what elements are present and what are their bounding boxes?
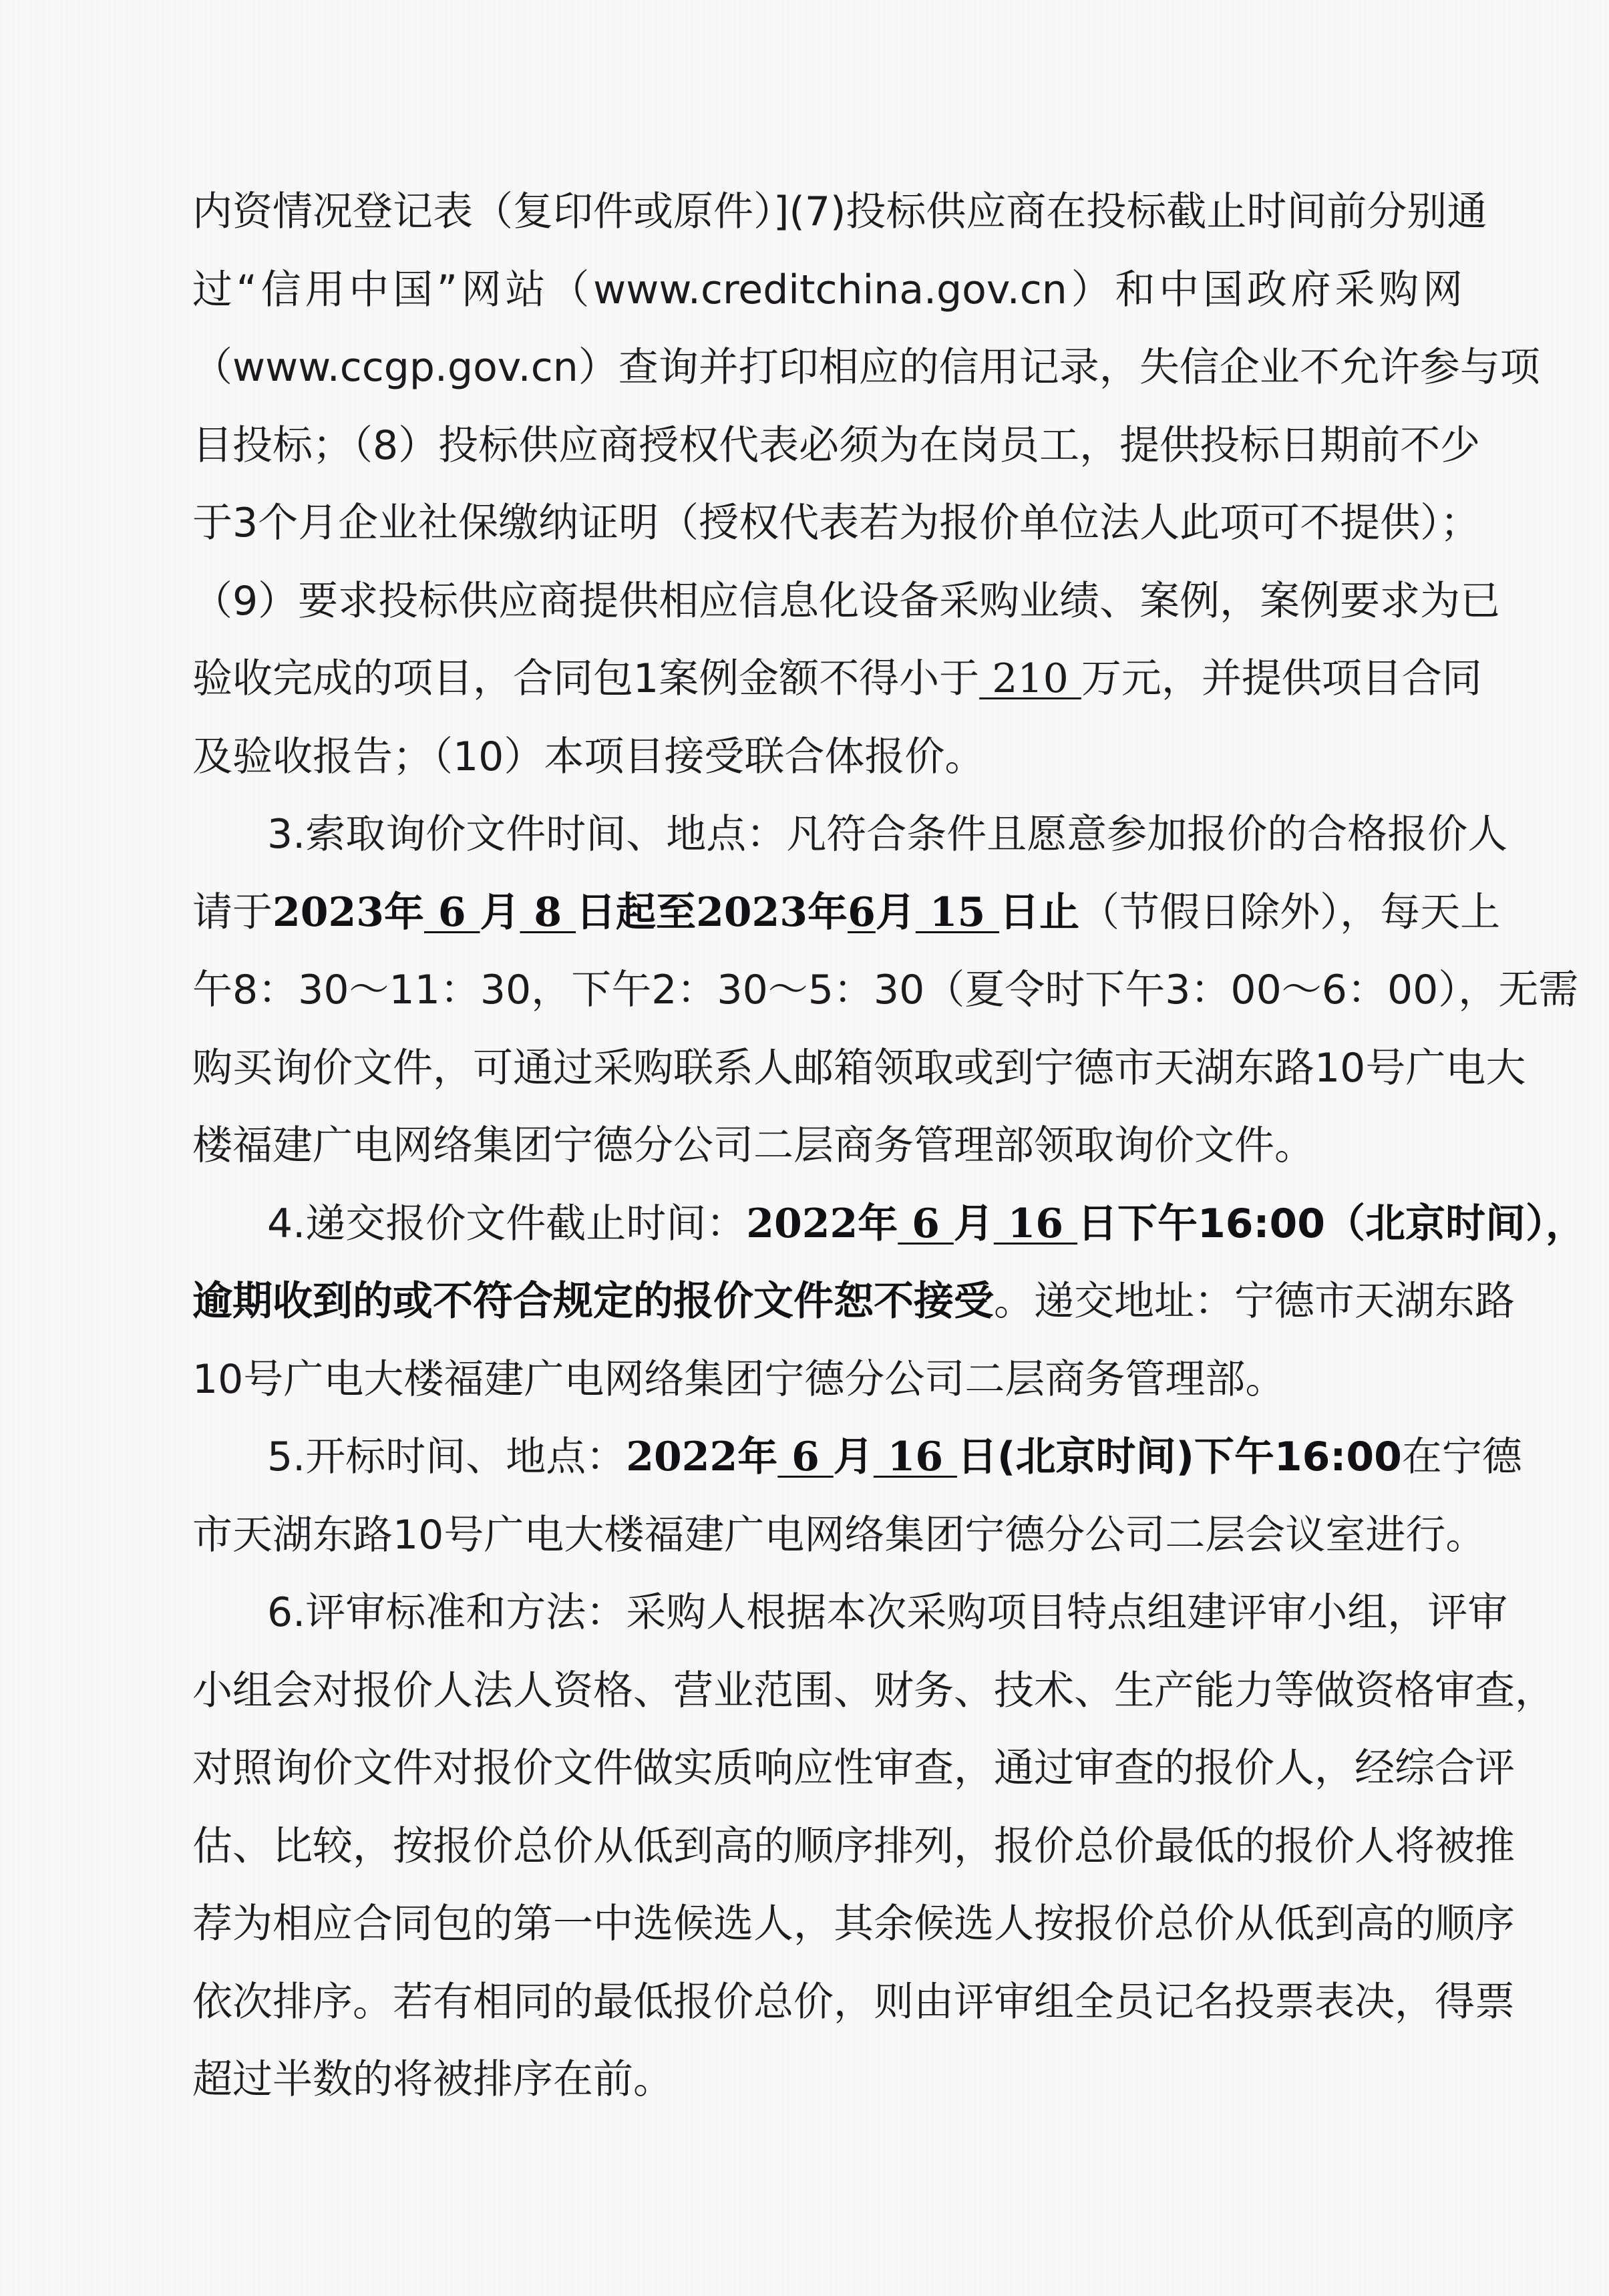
start-year: 2023年	[273, 889, 424, 936]
text: 日(北京时间)下午16:00	[957, 1434, 1402, 1480]
text-line: 小组会对报价人法人资格、营业范围、财务、技术、生产能力等做资格审查，	[192, 1664, 1463, 1717]
deadline-day: 16	[994, 1200, 1077, 1247]
text-line: 过“信用中国”网站（www.creditchina.gov.cn）和中国政府采购…	[192, 263, 1463, 317]
text-line: 市天湖东路10号广电大楼福建广电网络集团宁德分公司二层会议室进行。	[192, 1508, 1463, 1562]
text-line: 目投标；（8）投标供应商授权代表必须为在岗员工，提供投标日期前不少	[192, 419, 1463, 472]
text: 万元，并提供项目合同	[1081, 655, 1482, 702]
text: 验收完成的项目，合同包1案例金额不得小于	[192, 655, 979, 702]
section-6-heading-line: 6.评审标准和方法：采购人根据本次采购项目特点组建评审小组，评审	[267, 1586, 1463, 1639]
text: （节假日除外），每天上	[1079, 889, 1500, 936]
opening-day: 16	[874, 1434, 957, 1480]
text-line: 午8：30～11：30，下午2：30～5：30（夏令时下午3：00～6：00），…	[192, 963, 1463, 1017]
start-month: 6	[424, 889, 480, 936]
text-line: 楼福建广电网络集团宁德分公司二层商务管理部领取询价文件。	[192, 1119, 1463, 1172]
section-5-opening-line: 5.开标时间、地点：2022年 6 月 16 日(北京时间)下午16:00在宁德	[267, 1430, 1463, 1484]
document-page: 内资情况登记表（复印件或原件）](7)投标供应商在投标截止时间前分别通 过“信用…	[0, 0, 1609, 2296]
text-line: 购买询价文件，可通过采购联系人邮箱领取或到宁德市天湖东路10号广电大	[192, 1041, 1463, 1095]
text: 。递交地址：宁德市天湖东路	[994, 1278, 1515, 1325]
late-submission-notice: 逾期收到的或不符合规定的报价文件恕不接受	[192, 1278, 994, 1325]
text: 月	[480, 889, 520, 936]
text: 日下午16:00（北京时间），	[1077, 1200, 1586, 1247]
text: 日起至	[576, 889, 696, 936]
text-line: 及验收报告；（10）本项目接受联合体报价。	[192, 730, 1463, 784]
text-line: 对照询价文件对报价文件做实质响应性审查，通过审查的报价人，经综合评	[192, 1742, 1463, 1795]
deadline-year: 2022年	[746, 1200, 898, 1247]
end-day: 15	[916, 889, 999, 936]
start-day: 8	[520, 889, 576, 936]
text: 日止	[999, 889, 1079, 936]
end-month: 6	[848, 889, 876, 936]
text-line: 超过半数的将被排序在前。	[192, 2053, 1463, 2106]
opening-year: 2022年	[626, 1434, 777, 1480]
text: 月	[954, 1200, 994, 1247]
text-line: 10号广电大楼福建广电网络集团宁德分公司二层商务管理部。	[192, 1353, 1463, 1406]
section-3-date-line: 请于2023年 6 月 8 日起至2023年6月 15 日止（节假日除外），每天…	[192, 886, 1463, 939]
deadline-month: 6	[898, 1200, 954, 1247]
section-3-heading-line: 3.索取询价文件时间、地点：凡符合条件且愿意参加报价的合格报价人	[267, 808, 1463, 861]
text-line: 内资情况登记表（复印件或原件）](7)投标供应商在投标截止时间前分别通	[192, 185, 1463, 238]
text-line: 依次排序。若有相同的最低报价总价，则由评审组全员记名投票表决，得票	[192, 1975, 1463, 2029]
text-line: 估、比较，按报价总价从低到高的顺序排列，报价总价最低的报价人将被推	[192, 1820, 1463, 1873]
opening-month: 6	[777, 1434, 834, 1480]
text: 月	[834, 1434, 874, 1480]
text-line: 逾期收到的或不符合规定的报价文件恕不接受。递交地址：宁德市天湖东路	[192, 1275, 1463, 1328]
text-line: 荐为相应合同包的第一中选候选人，其余候选人按报价总价从低到高的顺序	[192, 1897, 1463, 1951]
text-line-case-amount: 验收完成的项目，合同包1案例金额不得小于 210 万元，并提供项目合同	[192, 652, 1463, 705]
text: 请于	[192, 889, 273, 936]
end-year: 2023年	[696, 889, 848, 936]
text: 在宁德	[1402, 1434, 1522, 1480]
text-line: （9）要求投标供应商提供相应信息化设备采购业绩、案例，案例要求为已	[192, 575, 1463, 628]
text: 5.开标时间、地点：	[267, 1434, 626, 1480]
section-4-deadline-line: 4.递交报价文件截止时间：2022年 6 月 16 日下午16:00（北京时间）…	[267, 1197, 1463, 1251]
case-amount-value: 210	[979, 655, 1081, 702]
text: 月	[876, 889, 916, 936]
text-line: 于3个月企业社保缴纳证明（授权代表若为报价单位法人此项可不提供）；	[192, 496, 1463, 550]
text-line: （www.ccgp.gov.cn）查询并打印相应的信用记录，失信企业不允许参与项	[192, 341, 1463, 394]
text: 4.递交报价文件截止时间：	[267, 1200, 746, 1247]
